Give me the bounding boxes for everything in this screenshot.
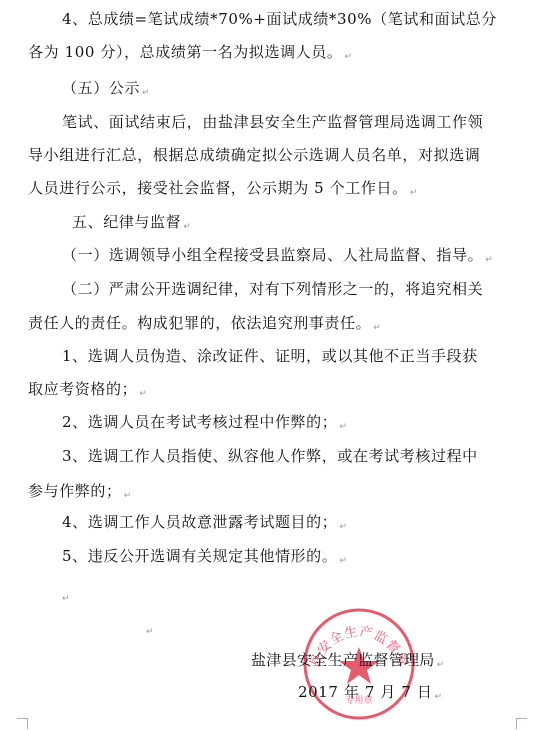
paragraph-mark-icon: ↵ (139, 389, 147, 399)
paragraph-mark-icon: ↵ (339, 422, 347, 432)
paragraph-mark-icon: ↵ (437, 660, 445, 670)
line-text: 3、选调工作人员指使、纵容他人作弊，或在考试考核过程中 (62, 447, 478, 465)
text-line: （五）公示↵ (62, 78, 150, 103)
line-text: 4、总成绩=笔试成绩*70%+面试成绩*30%（笔试和面试总分 (62, 10, 497, 28)
text-line: 参与作弊的；↵ (28, 481, 132, 506)
line-text: 笔试、面试结束后，由盐津县安全生产监督管理局选调工作领 (62, 113, 483, 131)
text-line: 取应考资格的；↵ (28, 379, 147, 404)
line-text: 1、选调人员伪造、涂改证件、证明，或以其他不正当手段获 (62, 347, 478, 365)
section-heading: 五、纪律与监督 (72, 213, 181, 231)
page-margin-corner-right (516, 718, 527, 729)
text-line: （二）严肃公开选调纪律，对有下列情形之一的，将追究相关 (62, 279, 483, 299)
paragraph-mark-icon: ↵ (339, 522, 347, 532)
section-heading: （五）公示 (62, 79, 140, 97)
paragraph-mark-icon: ↵ (183, 222, 191, 232)
line-text: （二）严肃公开选调纪律，对有下列情形之一的，将追究相关 (62, 280, 483, 298)
organization-name: 盐津县安全生产监督管理局 (251, 651, 435, 669)
text-line: 五、纪律与监督↵ (72, 212, 191, 237)
line-text: 4、选调工作人员故意泄露考试题目的； (62, 513, 337, 531)
page-margin-corner-left (17, 718, 28, 729)
text-line: 笔试、面试结束后，由盐津县安全生产监督管理局选调工作领 (62, 112, 483, 132)
paragraph-mark-icon: ↵ (344, 52, 352, 62)
text-line: 人员进行公示，接受社会监督，公示期为 5 个工作日。↵ (28, 178, 418, 203)
line-text: 人员进行公示，接受社会监督，公示期为 5 个工作日。 (28, 179, 408, 197)
text-line: 各为 100 分），总成绩第一名为拟选调人员。↵ (28, 42, 353, 67)
line-text: 2、选调人员在考试考核过程中作弊的； (62, 413, 337, 431)
paragraph-mark-icon: ↵ (146, 627, 154, 637)
line-text: 各为 100 分），总成绩第一名为拟选调人员。 (28, 43, 342, 61)
text-line: （一）选调领导小组全程接受县监察局、人社局监督、指导。↵ (62, 245, 493, 270)
line-text: （一）选调领导小组全程接受县监察局、人社局监督、指导。 (62, 246, 483, 264)
paragraph-mark-icon: ↵ (142, 88, 150, 98)
line-text: 取应考资格的； (28, 380, 137, 398)
line-text: 5、违反公开选调有关规定其他情形的。 (62, 547, 337, 565)
empty-paragraph: ↵ (60, 584, 70, 609)
text-line: 3、选调工作人员指使、纵容他人作弊，或在考试考核过程中 (62, 446, 478, 466)
signature-organization: 盐津县安全生产监督管理局↵ (251, 650, 444, 675)
text-line: 5、违反公开选调有关规定其他情形的。↵ (62, 546, 348, 571)
paragraph-mark-icon: ↵ (124, 491, 132, 501)
line-text: 导小组进行汇总，根据总成绩确定拟公示选调人员名单，对拟选调 (28, 146, 480, 164)
paragraph-mark-icon: ↵ (435, 692, 443, 702)
date-text: 2017 年 7 月 7 日 (298, 683, 433, 701)
paragraph-mark-icon: ↵ (62, 594, 70, 604)
line-text: 参与作弊的； (28, 482, 122, 500)
paragraph-mark-icon: ↵ (410, 188, 418, 198)
paragraph-mark-icon: ↵ (373, 323, 381, 333)
text-line: 4、总成绩=笔试成绩*70%+面试成绩*30%（笔试和面试总分 (62, 9, 497, 29)
line-text: 责任人的责任。构成犯罪的，依法追究刑事责任。 (28, 314, 371, 332)
empty-paragraph: ↵ (144, 617, 154, 642)
text-line: 4、选调工作人员故意泄露考试题目的；↵ (62, 512, 348, 537)
paragraph-mark-icon: ↵ (339, 556, 347, 566)
text-line: 导小组进行汇总，根据总成绩确定拟公示选调人员名单，对拟选调 (28, 145, 480, 165)
signature-date: 2017 年 7 月 7 日↵ (298, 682, 443, 707)
text-line: 责任人的责任。构成犯罪的，依法追究刑事责任。↵ (28, 313, 381, 338)
text-line: 1、选调人员伪造、涂改证件、证明，或以其他不正当手段获 (62, 346, 478, 366)
text-line: 2、选调人员在考试考核过程中作弊的；↵ (62, 412, 348, 437)
paragraph-mark-icon: ↵ (485, 255, 493, 265)
